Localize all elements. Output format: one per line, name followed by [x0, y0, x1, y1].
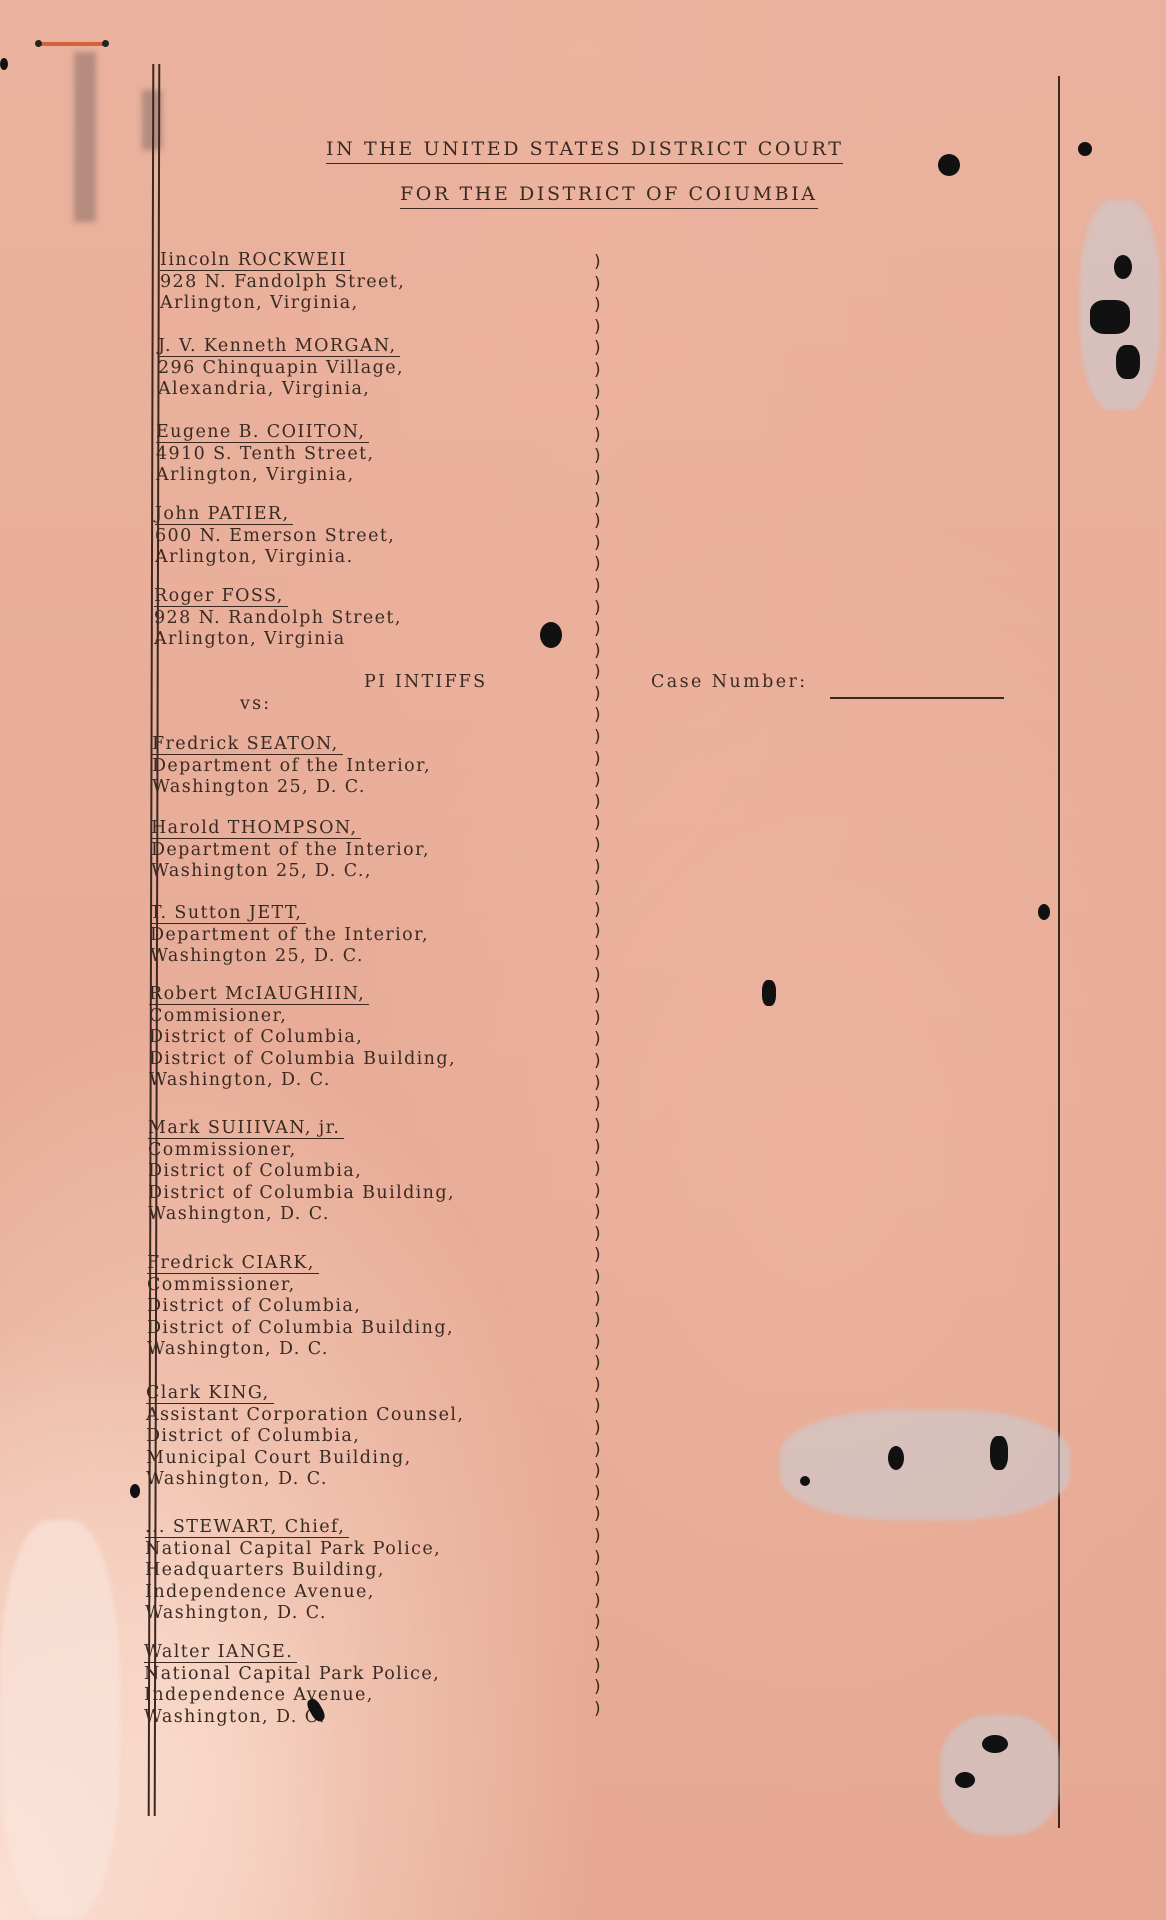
- case-number-field: [830, 697, 1004, 699]
- bracket-glyph: ): [594, 900, 606, 922]
- address-line: District of Columbia,: [147, 1296, 454, 1318]
- ink-blot: [1116, 345, 1140, 379]
- bracket-glyph: ): [594, 1094, 606, 1116]
- address-line: Department of the Interior,: [150, 925, 429, 947]
- plaintiffs-label: PI INTIFFS: [364, 672, 487, 692]
- caption-bracket-column: ))))))))))))))))))))))))))))))))))))))))…: [594, 252, 606, 1720]
- bracket-glyph: ): [594, 943, 606, 965]
- ink-blot: [540, 622, 562, 648]
- address-line: Washington 25, D. C.: [150, 946, 429, 968]
- bracket-glyph: ): [594, 1591, 606, 1613]
- bracket-glyph: ): [594, 1224, 606, 1246]
- address-line: Commissioner,: [147, 1275, 454, 1297]
- defendant-entry: Fredrick SEATON, Department of the Inter…: [152, 734, 431, 799]
- bracket-glyph: ): [594, 576, 606, 598]
- bracket-glyph: ): [594, 1699, 606, 1721]
- bracket-glyph: ): [594, 1289, 606, 1311]
- bracket-glyph: ): [594, 1440, 606, 1462]
- party-name: Harold THOMPSON,: [151, 818, 361, 839]
- plaintiff-entry: Roger FOSS, 928 N. Randolph Street, Arli…: [154, 586, 402, 651]
- bracket-glyph: ): [594, 382, 606, 404]
- bracket-glyph: ): [594, 1332, 606, 1354]
- ink-blot: [800, 1476, 810, 1486]
- bracket-glyph: ): [594, 641, 606, 663]
- address-line: 296 Chinquapin Village,: [158, 358, 404, 380]
- bracket-glyph: ): [594, 468, 606, 490]
- address-line: District of Columbia Building,: [148, 1183, 455, 1205]
- bracket-glyph: ): [594, 1569, 606, 1591]
- plaintiff-entry: Iincoln ROCKWEII 928 N. Fandolph Street,…: [160, 250, 405, 315]
- right-margin-rule: [1058, 76, 1060, 1828]
- address-line: Washington, D. C.: [149, 1070, 456, 1092]
- plaintiff-entry: J. V. Kenneth MORGAN, 296 Chinquapin Vil…: [158, 336, 404, 401]
- bracket-glyph: ): [594, 1461, 606, 1483]
- bracket-glyph: ): [594, 533, 606, 555]
- bracket-glyph: ): [594, 511, 606, 533]
- party-name: T. Sutton JETT,: [150, 903, 306, 924]
- bracket-glyph: ): [594, 1396, 606, 1418]
- bracket-glyph: ): [594, 662, 606, 684]
- address-line: District of Columbia Building,: [147, 1318, 454, 1340]
- case-number-label: Case Number:: [651, 672, 808, 692]
- bracket-glyph: ): [594, 1008, 606, 1030]
- address-line: District of Columbia,: [146, 1426, 464, 1448]
- defendant-entry: Mark SUIIIVAN, jr. Commissioner, Distric…: [148, 1118, 455, 1226]
- party-name: ... STEWART, Chief,: [145, 1517, 349, 1538]
- party-name: Mark SUIIIVAN, jr.: [148, 1118, 344, 1139]
- address-line: Washington 25, D. C.: [152, 777, 431, 799]
- address-line: District of Columbia,: [148, 1161, 455, 1183]
- defendant-entry: ... STEWART, Chief, National Capital Par…: [145, 1517, 441, 1625]
- bracket-glyph: ): [594, 1073, 606, 1095]
- defendant-entry: Harold THOMPSON, Department of the Inter…: [151, 818, 430, 883]
- address-line: Arlington, Virginia.: [155, 547, 395, 569]
- bracket-glyph: ): [594, 1159, 606, 1181]
- ink-blot: [130, 1484, 140, 1498]
- party-name: Roger FOSS,: [154, 586, 288, 607]
- bracket-glyph: ): [594, 274, 606, 296]
- bracket-glyph: ): [594, 1202, 606, 1224]
- bracket-glyph: ): [594, 1418, 606, 1440]
- ink-blot: [1038, 904, 1050, 920]
- bracket-glyph: ): [594, 921, 606, 943]
- defendant-entry: Robert McIAUGHIIN, Commisioner, District…: [149, 984, 456, 1092]
- address-line: Independence Avenue,: [145, 1582, 441, 1604]
- bracket-glyph: ): [594, 317, 606, 339]
- ink-blot: [762, 980, 776, 1006]
- paper-stain: [0, 1520, 120, 1920]
- address-line: Municipal Court Building,: [146, 1448, 464, 1470]
- address-line: Headquarters Building,: [145, 1560, 441, 1582]
- address-line: Assistant Corporation Counsel,: [146, 1405, 464, 1427]
- bracket-glyph: ): [594, 403, 606, 425]
- versus-label: vs:: [240, 694, 271, 714]
- ink-blot: [938, 154, 960, 176]
- bracket-glyph: ): [594, 1656, 606, 1678]
- bracket-glyph: ): [594, 619, 606, 641]
- bracket-glyph: ): [594, 878, 606, 900]
- address-line: Commissioner,: [148, 1140, 455, 1162]
- address-line: Washington, D. C.: [145, 1603, 441, 1625]
- bracket-glyph: ): [594, 360, 606, 382]
- paper-stain: [780, 1410, 1070, 1520]
- bracket-glyph: ): [594, 1029, 606, 1051]
- ink-blot: [990, 1436, 1008, 1470]
- plaintiff-entry: John PATIER, 600 N. Emerson Street, Arli…: [155, 504, 395, 569]
- party-name: Walter IANGE.: [144, 1642, 297, 1663]
- address-line: Arlington, Virginia,: [160, 293, 405, 315]
- defendant-entry: Walter IANGE. National Capital Park Poli…: [144, 1642, 440, 1728]
- ink-blot: [1078, 142, 1092, 156]
- address-line: District of Columbia Building,: [149, 1049, 456, 1071]
- address-line: Washington, D. C.: [144, 1707, 440, 1729]
- bracket-glyph: ): [594, 1267, 606, 1289]
- address-line: Arlington, Virginia: [154, 629, 402, 651]
- address-line: Washington, D. C.: [146, 1469, 464, 1491]
- address-line: Alexandria, Virginia,: [158, 379, 404, 401]
- party-name: Robert McIAUGHIIN,: [149, 984, 369, 1005]
- ink-blot: [0, 58, 8, 70]
- address-line: Department of the Interior,: [151, 840, 430, 862]
- address-line: Arlington, Virginia,: [156, 465, 375, 487]
- bracket-glyph: ): [594, 446, 606, 468]
- bracket-glyph: ): [594, 1526, 606, 1548]
- bracket-glyph: ): [594, 1051, 606, 1073]
- address-line: National Capital Park Police,: [144, 1664, 440, 1686]
- address-line: Washington, D. C.: [148, 1204, 455, 1226]
- address-line: Department of the Interior,: [152, 756, 431, 778]
- bracket-glyph: ): [594, 1245, 606, 1267]
- bracket-glyph: ): [594, 705, 606, 727]
- address-line: Independence Avenue,: [144, 1685, 440, 1707]
- ink-blot: [955, 1772, 975, 1788]
- bracket-glyph: ): [594, 857, 606, 879]
- staple-mark: [38, 42, 106, 46]
- address-line: Washington 25, D. C.,: [151, 861, 430, 883]
- ink-blot: [1090, 300, 1130, 334]
- party-name: Fredrick CIARK,: [147, 1253, 319, 1274]
- bracket-glyph: ): [594, 792, 606, 814]
- party-name: John PATIER,: [155, 504, 293, 525]
- bracket-glyph: ): [594, 749, 606, 771]
- court-district: FOR THE DISTRICT OF COIUMBIA: [400, 183, 818, 205]
- defendant-entry: Fredrick CIARK, Commissioner, District o…: [147, 1253, 454, 1361]
- bracket-glyph: ): [594, 813, 606, 835]
- bracket-glyph: ): [594, 1634, 606, 1656]
- bracket-glyph: ): [594, 1504, 606, 1526]
- bracket-glyph: ): [594, 1116, 606, 1138]
- defendant-entry: Clark KING, Assistant Corporation Counse…: [146, 1383, 464, 1491]
- bracket-glyph: ): [594, 1310, 606, 1332]
- address-line: 928 N. Fandolph Street,: [160, 272, 405, 294]
- bracket-glyph: ): [594, 1353, 606, 1375]
- bracket-glyph: ): [594, 684, 606, 706]
- plaintiff-entry: Eugene B. COIITON, 4910 S. Tenth Street,…: [156, 422, 375, 487]
- bracket-glyph: ): [594, 965, 606, 987]
- address-line: 928 N. Randolph Street,: [154, 608, 402, 630]
- party-name: Iincoln ROCKWEII: [160, 250, 351, 271]
- address-line: Commisioner,: [149, 1006, 456, 1028]
- address-line: Washington, D. C.: [147, 1339, 454, 1361]
- ink-blot: [982, 1735, 1008, 1753]
- bracket-glyph: ): [594, 554, 606, 576]
- bracket-glyph: ): [594, 1137, 606, 1159]
- bracket-glyph: ): [594, 986, 606, 1008]
- address-line: 600 N. Emerson Street,: [155, 526, 395, 548]
- court-title: IN THE UNITED STATES DISTRICT COURT: [326, 138, 843, 160]
- bracket-glyph: ): [594, 1548, 606, 1570]
- address-line: District of Columbia,: [149, 1027, 456, 1049]
- bracket-glyph: ): [594, 295, 606, 317]
- bracket-glyph: ): [594, 1677, 606, 1699]
- party-name: J. V. Kenneth MORGAN,: [158, 336, 400, 357]
- bracket-glyph: ): [594, 727, 606, 749]
- bracket-glyph: ): [594, 598, 606, 620]
- party-name: Eugene B. COIITON,: [156, 422, 369, 443]
- bracket-glyph: ): [594, 770, 606, 792]
- bracket-glyph: ): [594, 252, 606, 274]
- bracket-glyph: ): [594, 490, 606, 512]
- ink-blot: [888, 1446, 904, 1470]
- bracket-glyph: ): [594, 1375, 606, 1397]
- ink-blot: [1114, 255, 1132, 279]
- bracket-glyph: ): [594, 1483, 606, 1505]
- bracket-glyph: ): [594, 1612, 606, 1634]
- defendant-entry: T. Sutton JETT, Department of the Interi…: [150, 903, 429, 968]
- bracket-glyph: ): [594, 338, 606, 360]
- party-name: Fredrick SEATON,: [152, 734, 343, 755]
- bracket-glyph: ): [594, 425, 606, 447]
- address-line: National Capital Park Police,: [145, 1539, 441, 1561]
- bracket-glyph: ): [594, 1181, 606, 1203]
- address-line: 4910 S. Tenth Street,: [156, 444, 375, 466]
- bracket-glyph: ): [594, 835, 606, 857]
- party-name: Clark KING,: [146, 1383, 274, 1404]
- ink-smudge: [74, 52, 96, 222]
